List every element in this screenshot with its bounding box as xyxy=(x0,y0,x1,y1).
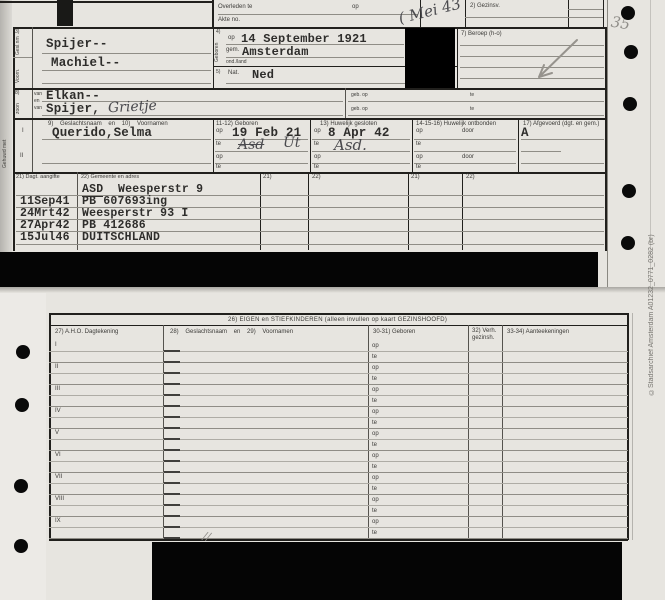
born-op-label: op xyxy=(372,453,379,459)
nat-label: Nat. xyxy=(228,70,239,76)
row-mid-line xyxy=(49,417,628,418)
row-tick xyxy=(164,361,180,363)
divider xyxy=(465,0,466,27)
divider xyxy=(213,120,214,172)
ruled-line xyxy=(42,115,343,116)
row-tick xyxy=(164,383,180,385)
dissolved-te-label-2: te xyxy=(416,164,421,170)
ruled-line xyxy=(42,70,211,71)
row-mid-line xyxy=(49,461,628,462)
register-row-date: 15Jul46 xyxy=(20,231,70,244)
born-te-label: te xyxy=(372,398,377,404)
row-numeral: VIII xyxy=(55,496,64,502)
ruled-line xyxy=(226,57,404,58)
born-op-label: op xyxy=(372,475,379,481)
row-tick xyxy=(164,460,180,462)
born-op-label: op xyxy=(372,497,379,503)
row-tick xyxy=(164,350,180,352)
born-te-label: te xyxy=(372,486,377,492)
row-mid-line xyxy=(49,373,628,374)
row-numeral: III xyxy=(55,386,60,392)
mother-name-typed: Spijer, xyxy=(46,102,100,116)
dissolved-op-label: op xyxy=(416,128,423,134)
divider xyxy=(457,27,458,88)
row-bottom-line xyxy=(49,494,628,495)
ruled-line xyxy=(521,151,561,152)
te-label-2: te xyxy=(470,106,474,112)
row-bottom-line xyxy=(49,362,628,363)
divider xyxy=(568,0,569,27)
pencil-arrow xyxy=(528,36,582,84)
dissolved-door-label: door xyxy=(462,128,474,134)
dissolved-door-label-2: door xyxy=(462,154,474,160)
married-op-label-2: op xyxy=(314,154,321,160)
form-bottom-border xyxy=(49,539,628,541)
born-op-label: op xyxy=(372,409,379,415)
divider xyxy=(77,172,78,250)
bottom-card: 26) EIGEN en STIEFKINDEREN (alleen invul… xyxy=(0,287,665,600)
punch-hole xyxy=(621,6,635,20)
register-row-entry: DUITSCHLAND xyxy=(82,231,160,245)
table-header-22b: 22) xyxy=(466,174,475,180)
ruled-line xyxy=(312,163,410,164)
row-numeral: I xyxy=(55,342,57,348)
ruled-line xyxy=(215,163,308,164)
marriage-header-dissolved: 14-15-16) Huwelijk ontbonden xyxy=(416,121,496,127)
row-bottom-line xyxy=(49,450,628,451)
birth-gem-label: gem. xyxy=(226,47,239,53)
scan-artifact-bar xyxy=(57,0,73,26)
card-top-edge xyxy=(0,1,212,3)
row-tick xyxy=(164,504,180,506)
marriage-row-marker-1: I xyxy=(22,128,24,134)
row-bottom-line xyxy=(49,384,628,385)
row-mid-line xyxy=(49,483,628,484)
divider xyxy=(308,172,309,250)
card-crease xyxy=(607,0,608,287)
birth-marker: 4) xyxy=(216,29,220,35)
section-border xyxy=(13,88,606,90)
punch-hole xyxy=(623,97,637,111)
birth-vertical-label: Geboren xyxy=(214,36,220,62)
divider xyxy=(408,172,409,250)
ruled-line xyxy=(465,17,603,18)
ruled-line xyxy=(521,139,604,140)
born-te-label: te xyxy=(372,442,377,448)
born-op-label: op xyxy=(372,519,379,525)
birth-op-label: op xyxy=(228,35,235,41)
born-te-label: te xyxy=(216,141,221,147)
punch-hole xyxy=(624,45,638,59)
table-header-22a: 22) xyxy=(312,174,321,180)
ruled-line xyxy=(42,163,211,164)
table-header-address: 22) Gemeente en adres xyxy=(81,174,139,180)
divider xyxy=(603,0,604,27)
top-card: Overleden te op Akte no. 2) Gezinsv. ( M… xyxy=(0,0,665,287)
row-bottom-line xyxy=(49,472,628,473)
ruled-line xyxy=(414,139,516,140)
row-tick xyxy=(164,438,180,440)
row-numeral: IX xyxy=(55,518,61,524)
geb-op-label: geb. op xyxy=(351,92,368,98)
row-tick xyxy=(164,427,180,429)
row-mid-line xyxy=(49,439,628,440)
geb-op-label-2: geb. op xyxy=(351,106,368,112)
marriage-row-marker-2: II xyxy=(20,153,23,159)
ruled-line xyxy=(348,115,604,116)
nationality-value: Ned xyxy=(252,68,274,82)
form-top-border xyxy=(13,27,606,29)
dissolved-op-label-2: op xyxy=(416,154,423,160)
ruled-line xyxy=(16,244,604,245)
surname-vertical-label: Gesl.nm xyxy=(15,33,21,55)
row-tick xyxy=(164,416,180,418)
table-header-21b: 21) xyxy=(411,174,420,180)
van-label-2: van xyxy=(34,105,42,111)
row-tick xyxy=(164,449,180,451)
born-te-label: te xyxy=(372,508,377,514)
ond-land-label: ond./land xyxy=(226,59,247,65)
divider xyxy=(412,120,413,172)
born-te-label: te xyxy=(372,530,377,536)
row-tick xyxy=(164,394,180,396)
married-op-label: op xyxy=(314,128,321,134)
table-header-date: 21) Dagt. aangifte xyxy=(16,174,60,180)
born-te-label-2: te xyxy=(216,164,221,170)
en-label: en xyxy=(34,98,40,104)
ruled-line xyxy=(312,151,410,152)
divider xyxy=(212,0,214,27)
archive-scan: Overleden te op Akte no. 2) Gezinsv. ( M… xyxy=(0,0,665,600)
removed-value: A xyxy=(521,126,529,140)
punch-hole xyxy=(621,236,635,250)
watermark: ©Stadsarchief Amsterdam A01232_0771_0282… xyxy=(648,130,655,395)
ruled-line xyxy=(42,53,211,54)
row-bottom-line xyxy=(49,516,628,517)
table-header-21a: 21) xyxy=(263,174,272,180)
te-label: te xyxy=(470,92,474,98)
ruled-line xyxy=(414,163,516,164)
marriage-header-removed: 17) Afgevoerd (dgt. en gem.) xyxy=(523,121,599,127)
row-tick xyxy=(164,493,180,495)
born-te-label: te xyxy=(372,420,377,426)
van-label: van xyxy=(34,91,42,97)
born-te-label: te xyxy=(372,464,377,470)
row-numeral: VII xyxy=(55,474,62,480)
row-tick xyxy=(164,526,180,528)
label-col-line xyxy=(32,27,33,172)
label-divider xyxy=(13,57,32,58)
born-op-label: op xyxy=(372,431,379,437)
dissolved-te-label: te xyxy=(416,141,421,147)
ruled-line xyxy=(218,14,418,15)
divider xyxy=(345,88,346,118)
row-tick xyxy=(164,405,180,407)
divider xyxy=(260,172,261,250)
firstname-vertical-label: Voorn. xyxy=(15,61,21,83)
row-tick xyxy=(164,372,180,374)
row-numeral: II xyxy=(55,364,58,370)
mother-name-handwritten: Grietje xyxy=(108,98,158,117)
row-tick xyxy=(164,515,180,517)
row-numeral: VI xyxy=(55,452,61,458)
row-mid-line xyxy=(49,505,628,506)
row-mid-line xyxy=(49,395,628,396)
divider xyxy=(310,120,311,172)
born-op-label: op xyxy=(216,128,223,134)
parents-vertical-label: zoon xyxy=(15,96,21,114)
born-op-label: op xyxy=(372,387,379,393)
row-numeral: IV xyxy=(55,408,61,414)
firstname-value: Machiel-- xyxy=(51,56,120,70)
born-op-label: op xyxy=(372,343,379,349)
ruled-line xyxy=(215,151,308,152)
row-bottom-line xyxy=(49,428,628,429)
surname-value: Spijer-- xyxy=(46,37,108,51)
handwritten-death-note: ( Mei 43 xyxy=(397,0,463,27)
redaction-block xyxy=(405,28,455,90)
ruled-line xyxy=(414,151,516,152)
ruled-line xyxy=(568,9,603,10)
gezinsv-label: 2) Gezinsv. xyxy=(470,3,500,9)
ruled-line xyxy=(521,163,604,164)
row-tick xyxy=(164,482,180,484)
divider xyxy=(462,172,463,250)
card-crease xyxy=(632,313,633,540)
ruled-line xyxy=(42,83,211,84)
born-te-label: te xyxy=(372,376,377,382)
ruled-line xyxy=(42,139,211,140)
married-te-label-2: te xyxy=(314,164,319,170)
born-op-label-2: op xyxy=(216,154,223,160)
born-op-label: op xyxy=(372,365,379,371)
spouse-name: Querido,Selma xyxy=(52,126,152,140)
row-numeral: V xyxy=(55,430,59,436)
overleden-op-label: op xyxy=(352,4,359,10)
married-te-label: te xyxy=(314,141,319,147)
row-bottom-line xyxy=(49,406,628,407)
spouse-birth-place: Ut xyxy=(283,135,300,151)
punch-hole xyxy=(622,184,636,198)
scan-black-band xyxy=(0,252,598,287)
beroep-label: 7) Beroep (h-o) xyxy=(461,31,502,37)
row-tick xyxy=(164,471,180,473)
divider xyxy=(518,120,519,172)
scan-black-band xyxy=(152,542,622,600)
overleden-label: Overleden te xyxy=(218,4,252,10)
nat-marker: 5) xyxy=(216,69,220,75)
row-mid-line xyxy=(49,351,628,352)
akte-label: Akte no. xyxy=(218,17,240,23)
row-mid-line xyxy=(49,527,628,528)
marriage-vertical-label: Gehuwd met xyxy=(2,122,8,168)
born-te-label: te xyxy=(372,354,377,360)
ruled-line xyxy=(348,101,604,102)
